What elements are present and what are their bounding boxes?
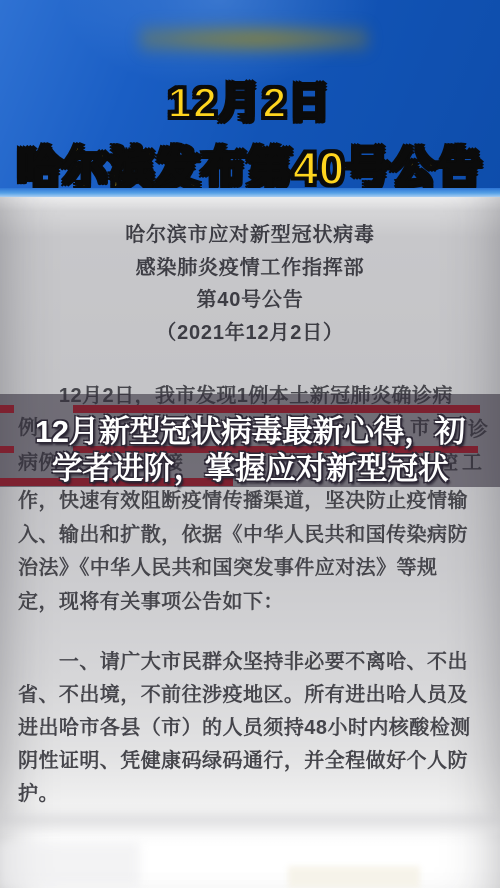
document-text-line: 定，现将有关事项公告如下： [18,586,484,620]
header-bottom-edge [0,188,500,197]
video-frame: 12月2日 哈尔滨发布第40号公告 哈尔滨市应对新型冠状病毒感染肺炎疫情工作指挥… [0,0,500,888]
paragraph1-continued: 作，快速有效阻断疫情传播渠道，坚决防止疫情输入、输出和扩散，依据《中华人民共和国… [18,485,484,619]
document-text-line: 阴性证明、凭健康码绿码通行，并全程做好个人防 [18,745,484,778]
document-text-line: 感染肺炎疫情工作指挥部 [0,252,500,285]
caption-title-line2: 学者进阶，掌握应对新型冠状 [0,443,500,488]
caption-overlay: 12月新型冠状病毒最新心得，初 学者进阶，掌握应对新型冠状 [0,394,500,487]
document-text-line: 护。 [18,778,484,811]
document-text-line: 一、请广大市民群众坚持非必要不离哈、不出 [18,646,484,679]
announcement-document: 哈尔滨市应对新型冠状病毒感染肺炎疫情工作指挥部第40号公告（2021年12月2日… [0,197,500,888]
document-text-line: 治法》《中华人民共和国突发事件应对法》等规 [18,552,484,586]
bottom-blur-band [0,808,500,834]
bottom-blur-blob-left [0,842,140,888]
document-text-line: （2021年12月2日） [0,317,500,350]
announcement-header: 12月2日 哈尔滨发布第40号公告 [0,0,500,197]
header-date: 12月2日 [0,70,500,130]
paragraph2: 一、请广大市民群众坚持非必要不离哈、不出省、不出境，不前往涉疫地区。所有进出哈人… [18,646,484,811]
document-text-line: 入、输出和扩散，依据《中华人民共和国传染病防 [18,519,484,553]
bottom-blur-blob-right [288,866,420,888]
document-text-line: 进出哈市各县（市）的人员须持48小时内核酸检测 [18,712,484,745]
document-text-line: 第40号公告 [0,284,500,317]
blurred-banner-text [140,20,368,58]
document-text-line: 作，快速有效阻断疫情传播渠道，坚决防止疫情输 [18,485,484,519]
document-text-line: 哈尔滨市应对新型冠状病毒 [0,219,500,252]
document-heading: 哈尔滨市应对新型冠状病毒感染肺炎疫情工作指挥部第40号公告（2021年12月2日… [0,219,500,349]
document-text-line: 省、不出境，不前往涉疫地区。所有进出哈人员及 [18,679,484,712]
